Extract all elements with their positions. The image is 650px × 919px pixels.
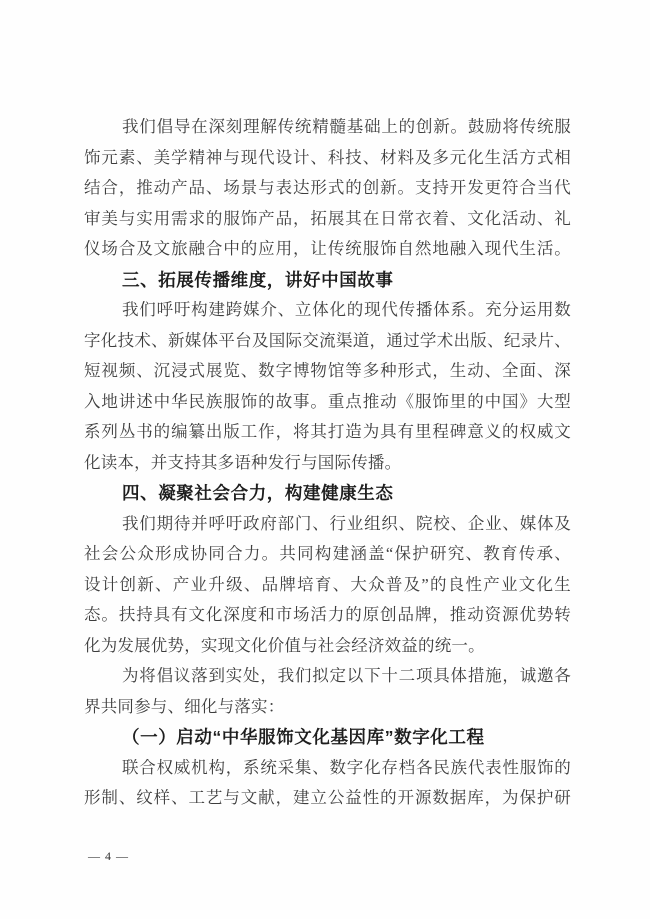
paragraph-line: 我们期待并呼吁政府部门、行业组织、院校、企业、媒体及 [84, 509, 571, 540]
paragraph-line: 仪场合及文旅融合中的应用，让传统服饰自然地融入现代生活。 [84, 234, 571, 265]
paragraph-line: 形制、纹样、工艺与文献，建立公益性的开源数据库，为保护研 [84, 783, 571, 814]
measure-heading-1: （一）启动“中华服饰文化基因库”数字化工程 [84, 722, 571, 753]
paragraph: 我们倡导在深刻理解传统精髓基础上的创新。鼓励将传统服 饰元素、美学精神与现代设计… [84, 112, 571, 265]
paragraph: 联合权威机构，系统采集、数字化存档各民族代表性服饰的 形制、纹样、工艺与文献，建… [84, 753, 571, 814]
page-content: 我们倡导在深刻理解传统精髓基础上的创新。鼓励将传统服 饰元素、美学精神与现代设计… [84, 112, 571, 814]
paragraph: 我们期待并呼吁政府部门、行业组织、院校、企业、媒体及 社会公众形成协同合力。共同… [84, 509, 571, 662]
paragraph-line: 系列丛书的编纂出版工作，将其打造为具有里程碑意义的权威文 [84, 417, 571, 448]
paragraph-line: 结合，推动产品、场景与表达形式的创新。支持开发更符合当代 [84, 173, 571, 204]
paragraph-line: 我们倡导在深刻理解传统精髓基础上的创新。鼓励将传统服 [84, 112, 571, 143]
paragraph-line: 字化技术、新媒体平台及国际交流渠道，通过学术出版、纪录片、 [84, 326, 571, 357]
paragraph-line: 短视频、沉浸式展览、数字博物馆等多种形式，生动、全面、深 [84, 356, 571, 387]
paragraph-line: 化为发展优势，实现文化价值与社会经济效益的统一。 [84, 631, 571, 662]
paragraph-line: 界共同参与、细化与落实： [84, 692, 571, 723]
paragraph-line: 化读本，并支持其多语种发行与国际传播。 [84, 448, 571, 479]
paragraph-line: 我们呼吁构建跨媒介、立体化的现代传播体系。充分运用数 [84, 295, 571, 326]
paragraph-line: 设计创新、产业升级、品牌培育、大众普及”的良性产业文化生 [84, 570, 571, 601]
document-page: 我们倡导在深刻理解传统精髓基础上的创新。鼓励将传统服 饰元素、美学精神与现代设计… [0, 0, 650, 919]
section-heading-4: 四、凝聚社会合力，构建健康生态 [84, 478, 571, 509]
section-heading-3: 三、拓展传播维度，讲好中国故事 [84, 265, 571, 296]
paragraph-line: 饰元素、美学精神与现代设计、科技、材料及多元化生活方式相 [84, 143, 571, 174]
paragraph-line: 为将倡议落到实处，我们拟定以下十二项具体措施，诚邀各 [84, 661, 571, 692]
page-number: — 4 — [88, 849, 129, 864]
paragraph-line: 联合权威机构，系统采集、数字化存档各民族代表性服饰的 [84, 753, 571, 784]
paragraph: 为将倡议落到实处，我们拟定以下十二项具体措施，诚邀各 界共同参与、细化与落实： [84, 661, 571, 722]
paragraph-line: 社会公众形成协同合力。共同构建涵盖“保护研究、教育传承、 [84, 539, 571, 570]
paragraph-line: 审美与实用需求的服饰产品，拓展其在日常衣着、文化活动、礼 [84, 204, 571, 235]
paragraph-line: 入地讲述中华民族服饰的故事。重点推动《服饰里的中国》大型 [84, 387, 571, 418]
paragraph-line: 态。扶持具有文化深度和市场活力的原创品牌，推动资源优势转 [84, 600, 571, 631]
paragraph: 我们呼吁构建跨媒介、立体化的现代传播体系。充分运用数 字化技术、新媒体平台及国际… [84, 295, 571, 478]
